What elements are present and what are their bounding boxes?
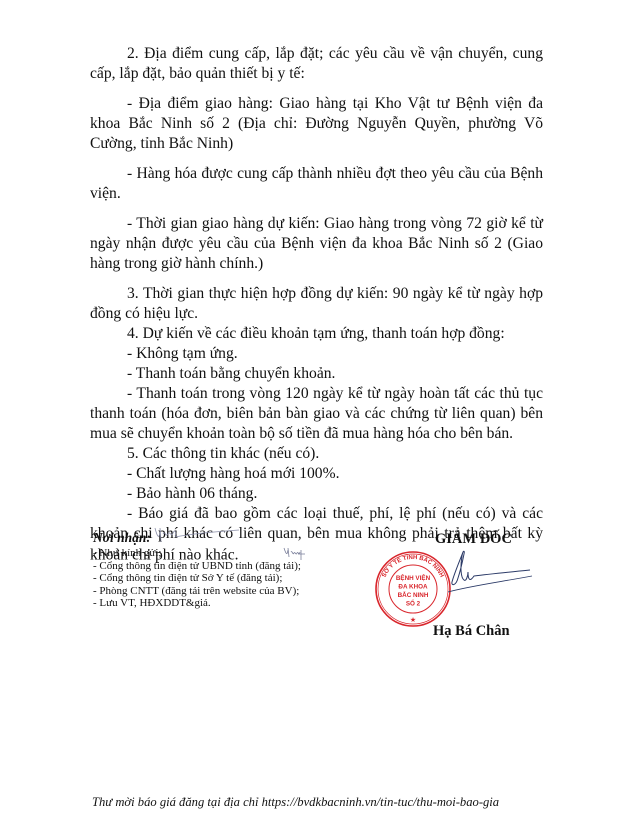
svg-text:BẮC NINH: BẮC NINH [398, 590, 429, 599]
director-signature-icon [430, 546, 550, 606]
svg-text:★: ★ [410, 616, 416, 624]
delivery-location: - Địa điểm giao hàng: Giao hàng tại Kho … [90, 94, 543, 154]
recipients-list: - Như kính gửi; - Cổng thông tin điện tử… [93, 547, 373, 610]
warranty-note: - Bảo hành 06 tháng. [90, 484, 543, 504]
recipients-block: Nơi nhận: - Như kính gửi; - Cổng thông t… [93, 530, 373, 610]
recipients-initial-signature-icon [151, 524, 241, 550]
section-2-heading: 2. Địa điểm cung cấp, lắp đặt; các yêu c… [90, 44, 543, 84]
recipient-item: - Lưu VT, HĐXDDT&giá. [93, 597, 373, 610]
recipients-title: Nơi nhận: [93, 530, 151, 546]
svg-text:SỐ 2: SỐ 2 [406, 598, 421, 608]
svg-text:BỆNH VIỆN: BỆNH VIỆN [396, 573, 431, 582]
bank-transfer-payment: - Thanh toán bằng chuyển khoản. [90, 364, 543, 384]
document-body: 2. Địa điểm cung cấp, lắp đặt; các yêu c… [90, 44, 543, 568]
document-page: 2. Địa điểm cung cấp, lắp đặt; các yêu c… [0, 0, 634, 834]
recipient-item: - Phòng CNTT (đăng tải trên website của … [93, 585, 373, 598]
recipient-item: - Cổng thông tin điện tử Sở Y tế (đăng t… [93, 572, 373, 585]
section-4-heading: 4. Dự kiến về các điều khoản tạm ứng, th… [90, 324, 543, 344]
payment-terms: - Thanh toán trong vòng 120 ngày kể từ n… [90, 384, 543, 444]
section-5-heading: 5. Các thông tin khác (nếu có). [90, 444, 543, 464]
section-3-contract-duration: 3. Thời gian thực hiện hợp đồng dự kiến:… [90, 284, 543, 324]
recipient-item: - Cổng thông tin điện tử UBND tỉnh (đăng… [93, 560, 373, 573]
footer-link-note: Thư mời báo giá đăng tại địa chỉ https:/… [92, 795, 499, 810]
delivery-batches: - Hàng hóa được cung cấp thành nhiều đợt… [90, 164, 543, 204]
quality-note: - Chất lượng hàng hoá mới 100%. [90, 464, 543, 484]
svg-text:ĐA KHOA: ĐA KHOA [398, 584, 428, 591]
signer-name: Hạ Bá Chân [433, 623, 510, 640]
delivery-time: - Thời gian giao hàng dự kiến: Giao hàng… [90, 214, 543, 274]
signer-block: GIÁM ĐỐC SỞ Y TẾ TỈNH BẮC NINH BỆNH VIỆN… [380, 526, 570, 656]
no-advance-payment: - Không tạm ứng. [90, 344, 543, 364]
